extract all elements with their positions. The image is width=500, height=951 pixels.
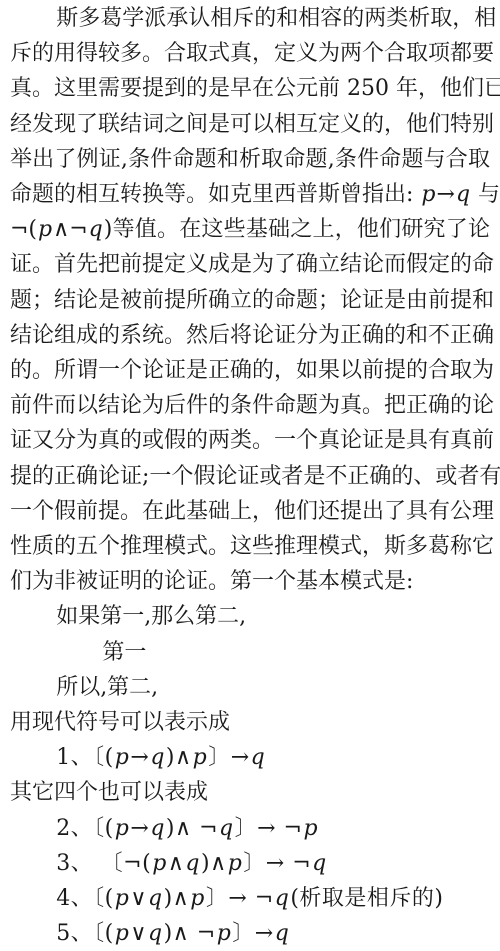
schema-premise-2: 第一 bbox=[10, 635, 490, 670]
paragraph-line: 斥的用得较多。合取式真，定义为两个合取项都要 bbox=[10, 36, 490, 71]
paragraph-line: 性质的五个推理模式。这些推理模式，斯多葛称它 bbox=[10, 529, 490, 564]
other-formulas-list: 2、〔(p→q)∧ ¬q〕→ ¬p 3、 〔¬(p∧q)∧p〕→ ¬q 4、〔(… bbox=[10, 811, 490, 951]
paragraph-line: ¬(p∧¬q)等值。在这些基础之上，他们研究了论 bbox=[10, 212, 490, 247]
paragraph-line: 真。这里需要提到的是早在公元前 250 年，他们已 bbox=[10, 71, 490, 106]
paragraph-line: 举出了例证,条件命题和析取命题,条件命题与合取 bbox=[10, 142, 490, 177]
paragraph-line: 题；结论是被前提所确立的命题；论证是由前提和 bbox=[10, 283, 490, 318]
paragraph-line: 经发现了联结词之间是可以相互定义的，他们特别 bbox=[10, 107, 490, 142]
paragraph-line: 结论组成的系统。然后将论证分为正确的和不正确 bbox=[10, 318, 490, 353]
paragraph-line: 们为非被证明的论证。第一个基本模式是: bbox=[10, 564, 490, 599]
formula-1: 1、〔(p→q)∧p〕→q bbox=[10, 740, 490, 775]
notation-intro: 用现代符号可以表示成 bbox=[10, 705, 490, 740]
paragraph-line: 证又分为真的或假的两类。一个真论证是具有真前 bbox=[10, 423, 490, 458]
formula-2: 2、〔(p→q)∧ ¬q〕→ ¬p bbox=[10, 811, 490, 846]
main-paragraph: 斯多葛学派承认相斥的和相容的两类析取，相 斥的用得较多。合取式真，定义为两个合取… bbox=[10, 1, 490, 599]
paragraph-line: 前件而以结论为后件的条件命题为真。把正确的论 bbox=[10, 388, 490, 423]
schema-premise-1: 如果第一,那么第二, bbox=[10, 599, 490, 634]
other-formulas-intro: 其它四个也可以表成 bbox=[10, 775, 490, 810]
paragraph-line: 证。首先把前提定义成是为了确立结论而假定的命 bbox=[10, 247, 490, 282]
paragraph-line: 一个假前提。在此基础上，他们还提出了具有公理 bbox=[10, 494, 490, 529]
formula-3: 3、 〔¬(p∧q)∧p〕→ ¬q bbox=[10, 846, 490, 881]
formula-4: 4、〔(p∨q)∧p〕→ ¬q(析取是相斥的) bbox=[10, 881, 490, 916]
schema-conclusion: 所以,第二, bbox=[10, 670, 490, 705]
paragraph-line: 命题的相互转换等。如克里西普斯曾指出: p→q 与 bbox=[10, 177, 490, 212]
book-page: 斯多葛学派承认相斥的和相容的两类析取，相 斥的用得较多。合取式真，定义为两个合取… bbox=[0, 0, 500, 951]
formula-5: 5、〔(p∨q)∧ ¬p〕→q bbox=[10, 916, 490, 951]
paragraph-line: 斯多葛学派承认相斥的和相容的两类析取，相 bbox=[10, 1, 490, 36]
paragraph-line: 的。所谓一个论证是正确的，如果以前提的合取为 bbox=[10, 353, 490, 388]
inference-schema: 如果第一,那么第二, 第一 所以,第二, bbox=[10, 599, 490, 705]
paragraph-line: 提的正确论证;一个假论证或者是不正确的、或者有 bbox=[10, 459, 490, 494]
